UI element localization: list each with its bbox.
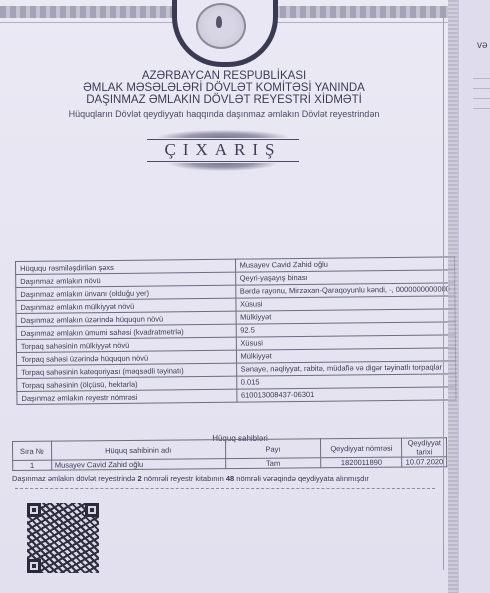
header-committee: ƏMLAK MƏSƏLƏLƏRİ DÖVLƏT KOMİTƏSİ YANINDA	[0, 82, 448, 94]
document-page: AZƏRBAYCAN RESPUBLİKASI ƏMLAK MƏSƏLƏLƏRİ…	[0, 0, 458, 593]
owner-number: 1	[13, 460, 52, 470]
column-header: Payı	[225, 439, 321, 459]
column-header: Hüquq sahibinin adı	[51, 440, 225, 461]
column-header: Sıra №	[13, 441, 52, 460]
document-title: ÇIXARIŞ	[147, 140, 299, 160]
registry-page-number: 48	[226, 474, 234, 483]
adjacent-page-line	[473, 78, 490, 79]
qr-code-icon[interactable]	[27, 503, 99, 573]
adjacent-page-edge: və	[458, 0, 490, 593]
row-label: Daşınmaz əmlakın reyestr nömrəsi	[17, 389, 237, 404]
qr-finder-icon	[85, 503, 99, 517]
adjacent-page-line	[473, 108, 490, 109]
column-header: Qeydiyyat nömrəsi	[321, 438, 402, 458]
note-text: nömrəli vərəqində qeydiyyata alınmışdır	[234, 474, 369, 483]
title-ornament-top-icon	[157, 130, 289, 138]
decorative-inner-border	[443, 10, 444, 570]
note-text: Daşınmaz əmlakın dövlət reyestrində	[12, 474, 137, 483]
owner-name: Musayev Cavid Zahid oğlu	[51, 459, 225, 471]
decorative-right-border	[448, 0, 458, 593]
owners-table: Sıra № Hüquq sahibinin adı Payı Qeydiyya…	[12, 437, 447, 471]
column-header: Qeydiyyat tarixi	[402, 438, 447, 457]
owner-share: Tam	[225, 458, 321, 469]
emblem-flame-icon	[216, 16, 222, 28]
registration-date: 10.07.2020	[402, 457, 447, 467]
row-value: 610013008437-06301	[236, 387, 456, 402]
title-rule-bottom	[147, 161, 299, 162]
registry-note: Daşınmaz əmlakın dövlət reyestrində 2 nö…	[12, 474, 369, 483]
header-subtitle: Hüquqların Dövlət qeydiyyatı haqqında da…	[0, 109, 448, 119]
qr-finder-icon	[27, 559, 41, 573]
dotted-divider	[15, 488, 435, 489]
note-text: nömrəli reyestr kitabının	[142, 474, 226, 483]
header-service: DAŞINMAZ ƏMLAKIN DÖVLƏT REYESTRİ XİDMƏTİ	[0, 94, 448, 106]
adjacent-page-line	[473, 98, 490, 99]
property-details-table: Hüququ rəsmiləşdirilən şəxs Musayev Cavi…	[15, 256, 456, 405]
registration-number: 1820011890	[321, 457, 402, 468]
header-country: AZƏRBAYCAN RESPUBLİKASI	[0, 70, 448, 82]
qr-finder-icon	[27, 503, 41, 517]
adjacent-page-text: və	[477, 40, 488, 51]
adjacent-page-line	[473, 88, 490, 89]
document-title-block: ÇIXARIŞ	[147, 128, 299, 168]
title-ornament-bottom-icon	[169, 163, 277, 171]
